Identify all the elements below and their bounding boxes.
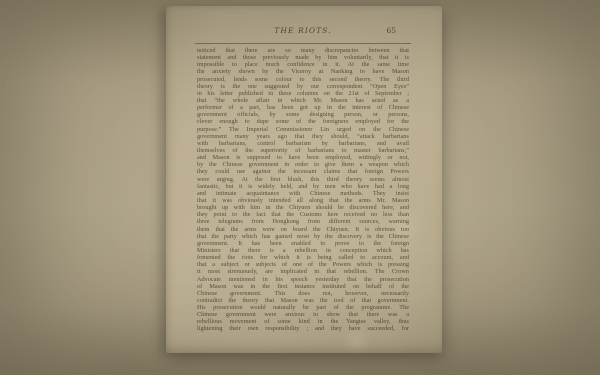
text-line: rebellious movement of some kind in the … bbox=[197, 318, 409, 325]
text-line: in his letter published in these columns… bbox=[197, 90, 409, 97]
text-line: contradict the theory that Mason was the… bbox=[197, 297, 409, 304]
text-line: impossible to place much confidence in i… bbox=[197, 61, 409, 68]
text-line: Chinese government were anxious to show … bbox=[197, 311, 409, 318]
text-line: Advocate mentioned in his speech yesterd… bbox=[197, 276, 409, 283]
text-line: performer of a part, has been got up in … bbox=[197, 104, 409, 111]
text-line: noticed that there are so many discrepan… bbox=[197, 47, 409, 54]
text-line: government many years ago that they shou… bbox=[197, 133, 409, 140]
text-line: purpose.” The Imperial Commissioner Lin … bbox=[197, 126, 409, 133]
text-line: by the Chinese government in order to gi… bbox=[197, 161, 409, 168]
text-column: THE RIOTS. 65 noticed that there are so … bbox=[197, 6, 409, 353]
text-line: with barbarians, control barbarism by ba… bbox=[197, 140, 409, 147]
book-page: THE RIOTS. 65 noticed that there are so … bbox=[166, 6, 442, 353]
text-line: that “the whole affair in which Mr. Maso… bbox=[197, 97, 409, 104]
text-line: they could use against the incessant cla… bbox=[197, 168, 409, 175]
text-line: and intimate acquaintance with Chinese m… bbox=[197, 190, 409, 197]
text-line: it most strenuously, are implicated in t… bbox=[197, 268, 409, 275]
text-line: lightening their own responsibility ; an… bbox=[197, 325, 409, 332]
photo-background: THE RIOTS. 65 noticed that there are so … bbox=[0, 0, 600, 375]
text-line: theory is the one suggested by our corre… bbox=[197, 83, 409, 90]
text-line: of Mason was in the first instance insti… bbox=[197, 283, 409, 290]
page-number: 65 bbox=[386, 26, 396, 36]
text-line: themselves of the superiority of barbari… bbox=[197, 147, 409, 154]
text-line: were urging. At the first blush, this th… bbox=[197, 176, 409, 183]
text-line: fomented the riots for which it is being… bbox=[197, 254, 409, 261]
text-line: statement and those previously made by h… bbox=[197, 54, 409, 61]
running-title: THE RIOTS. bbox=[274, 26, 331, 36]
page-header: THE RIOTS. 65 bbox=[197, 26, 409, 37]
text-line: fantastic, but it is widely held, and by… bbox=[197, 183, 409, 190]
text-line: Ministers that there is a rebellion in c… bbox=[197, 247, 409, 254]
text-line: three telegrams from Hongkong from diffe… bbox=[197, 218, 409, 225]
text-line: that the party which has gained most by … bbox=[197, 233, 409, 240]
text-line: the anxiety shown by the Viceroy at Nank… bbox=[197, 68, 409, 75]
text-line: government. It has been enabled to prove… bbox=[197, 240, 409, 247]
text-line: brought up with him in the Chiyuen shoul… bbox=[197, 204, 409, 211]
text-line: and Mason is supposed to have been emplo… bbox=[197, 154, 409, 161]
text-line: clever enough to dupe some of the foreig… bbox=[197, 118, 409, 125]
text-line: them that the arms were on board the Chi… bbox=[197, 226, 409, 233]
text-line: prosecuted, lends some colour to this se… bbox=[197, 76, 409, 83]
text-line: government officials, by some designing … bbox=[197, 111, 409, 118]
body-text: noticed that there are so many discrepan… bbox=[197, 47, 409, 333]
text-line: Chinese government. This does not, howev… bbox=[197, 290, 409, 297]
text-line: that it was obviously intended all along… bbox=[197, 197, 409, 204]
header-rule bbox=[195, 43, 411, 44]
text-line: that a subject or subjects of one of the… bbox=[197, 261, 409, 268]
text-line: they point to the fact that the Customs … bbox=[197, 211, 409, 218]
text-line: His prosecution would naturally be part … bbox=[197, 304, 409, 311]
